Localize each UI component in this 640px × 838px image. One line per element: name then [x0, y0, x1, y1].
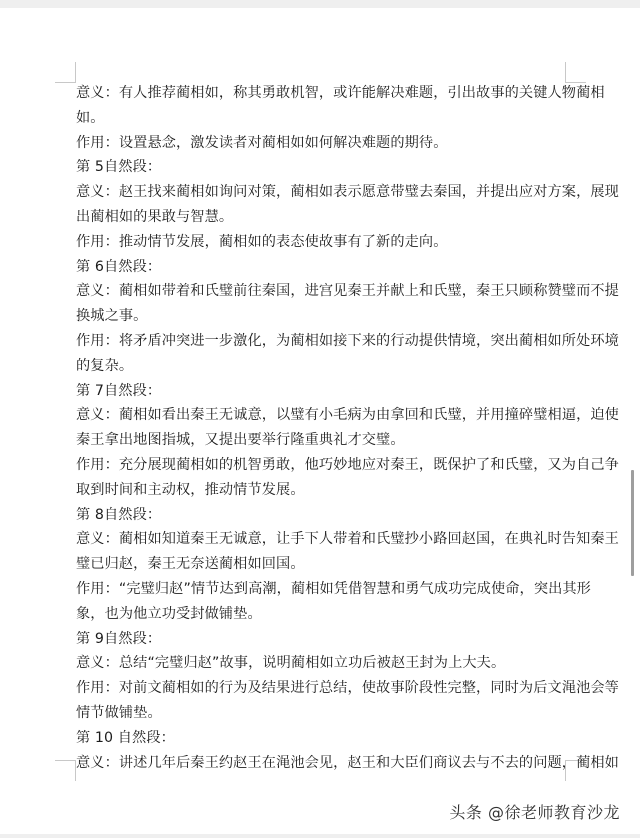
text-line: 作用：充分展现蔺相如的机智勇敢，他巧妙地应对秦王，既保护了和氏璧，又为自己争 — [76, 453, 566, 478]
section-heading: 第 7自然段： — [76, 379, 566, 404]
text-line: 意义：蔺相如带着和氏璧前往秦国，进宫见秦王并献上和氏璧，秦王只顾称赞璧而不提 — [76, 279, 566, 304]
text-line: 换城之事。 — [76, 304, 566, 329]
section-heading: 第 10 自然段： — [76, 726, 566, 751]
text-line: 意义：总结“完璧归赵”故事，说明蔺相如立功后被赵王封为上大夫。 — [76, 651, 566, 676]
text-line: 出蔺相如的果敢与智慧。 — [76, 205, 566, 230]
document-page: 意义：有人推荐蔺相如，称其勇敢机智，或许能解决难题，引出故事的关键人物蔺相 如。… — [0, 8, 640, 834]
text-line: 意义：有人推荐蔺相如，称其勇敢机智，或许能解决难题，引出故事的关键人物蔺相 — [76, 81, 566, 106]
text-line: 情节做铺垫。 — [76, 701, 566, 726]
text-line: 意义：蔺相如知道秦王无诚意，让手下人带着和氏璧抄小路回赵国，在典礼时告知秦王 — [76, 527, 566, 552]
section-heading: 第 9自然段： — [76, 627, 566, 652]
text-line: 意义：讲述几年后秦王约赵王在渑池会见，赵王和大臣们商议去与不去的问题，蔺相如 — [76, 751, 566, 776]
margin-corner-mark-top-right — [565, 62, 586, 83]
text-line: 秦王拿出地图指城，又提出要举行隆重典礼才交璧。 — [76, 428, 566, 453]
watermark: 头条 @徐老师教育沙龙 — [449, 800, 620, 823]
margin-corner-mark-top-left — [55, 62, 76, 83]
text-line: 取到时间和主动权，推动情节发展。 — [76, 478, 566, 503]
text-line: 作用：将矛盾冲突进一步激化，为蔺相如接下来的行动提供情境，突出蔺相如所处环境 — [76, 329, 566, 354]
margin-corner-mark-bottom-left — [55, 760, 76, 781]
section-heading: 第 6自然段： — [76, 255, 566, 280]
bottom-edge — [0, 834, 640, 838]
document-body[interactable]: 意义：有人推荐蔺相如，称其勇敢机智，或许能解决难题，引出故事的关键人物蔺相 如。… — [76, 81, 566, 775]
text-line: 象，也为他立功受封做铺垫。 — [76, 602, 566, 627]
text-line: 的复杂。 — [76, 354, 566, 379]
section-heading: 第 8自然段： — [76, 503, 566, 528]
text-line: 意义：蔺相如看出秦王无诚意，以璧有小毛病为由拿回和氏璧，并用撞碎璧相逼，迫使 — [76, 403, 566, 428]
vertical-scrollbar-thumb[interactable] — [631, 470, 634, 576]
text-line: 作用：推动情节发展，蔺相如的表态使故事有了新的走向。 — [76, 230, 566, 255]
top-toolbar-edge — [0, 0, 640, 8]
text-line: 作用：“完璧归赵”情节达到高潮，蔺相如凭借智慧和勇气成功完成使命，突出其形 — [76, 577, 566, 602]
text-line: 作用：设置悬念，激发读者对蔺相如如何解决难题的期待。 — [76, 131, 566, 156]
text-line: 如。 — [76, 106, 566, 131]
text-line: 作用：对前文蔺相如的行为及结果进行总结，使故事阶段性完整，同时为后文渑池会等 — [76, 676, 566, 701]
section-heading: 第 5自然段： — [76, 155, 566, 180]
text-line: 璧已归赵，秦王无奈送蔺相如回国。 — [76, 552, 566, 577]
text-line: 意义：赵王找来蔺相如询问对策，蔺相如表示愿意带璧去秦国，并提出应对方案，展现 — [76, 180, 566, 205]
